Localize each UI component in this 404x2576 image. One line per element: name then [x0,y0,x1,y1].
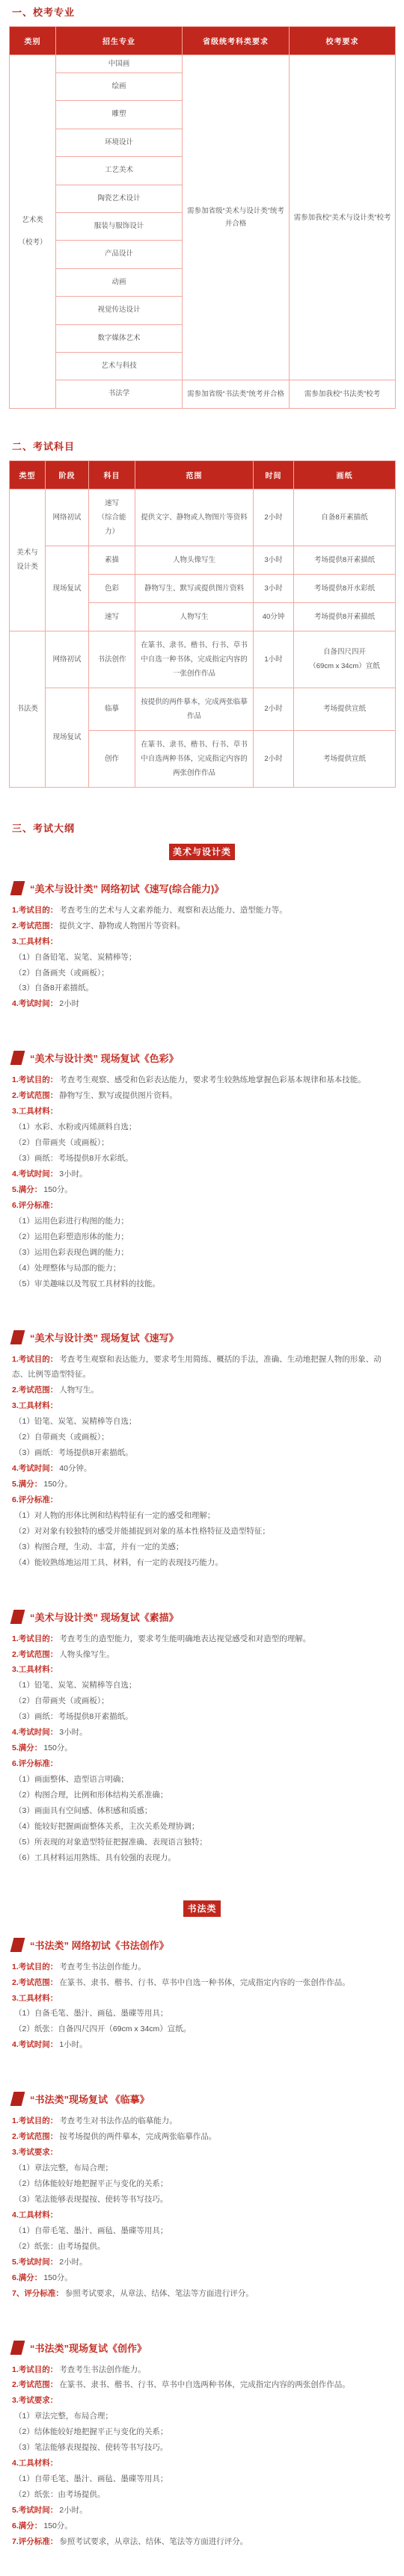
outline-item-text: （1）铅笔、炭笔、炭精棒等自选； [14,1681,136,1690]
outline-section-title: “书法类”现场复试《创作》 [30,2341,147,2355]
outline-item: （2）纸张：由考场提供。 [12,2240,395,2255]
table-cell: 现场复试 [46,688,89,787]
outline-section: “书法类”现场复试 《临摹》1.考试目的：考查考生对书法作品的临摹能力。2.考试… [9,2092,395,2301]
outline-item: 2.考试范围：在篆书、隶书、楷书、行书、草书中自选两种书体，完成指定内容的两张创… [12,2378,395,2393]
outline-item-text: （1）铅笔、炭笔、炭精棒等自选； [14,1417,136,1426]
outline-item-text: 参照考试要求，从章法、结体、笔法等方面进行评分。 [59,2537,248,2546]
outline-item-text: （1）自带毛笔、墨汁、画毡、墨碟等用具； [14,2226,168,2235]
outline-item-text: （3）画纸：考场提供8开素描纸。 [14,1712,133,1721]
outline-item-text: 150分。 [43,1185,73,1194]
outline-item-text: 静物写生、默写或提供图片资料。 [59,1091,177,1100]
table-cell: 书法类 [10,631,46,787]
table-cell: 考场提供8开素描纸 [294,602,396,631]
table-cell: 产品设计 [56,241,183,268]
outline-item: （2）对对象有较独特的感受并能捕捉到对象的基本性格特征及造型特征； [12,1525,395,1539]
section-title-majors: 一、校考专业 [12,4,395,19]
outline-item: （2）自带画夹（或画板）； [12,1694,395,1709]
section-title-outline: 三、考试大纲 [12,821,395,835]
outline-item: 1.考试目的：考查考生观察、感受和色彩表达能力，要求考生较熟练地掌握色彩基本规律… [12,1073,395,1088]
outline-item: （2）自带画夹（或画板）； [12,1430,395,1445]
table-cell: 动画 [56,268,183,296]
outline-item-label: 5.满分： [12,1743,42,1752]
table-cell: 按提供的两件摹本，完成两张临摹作品 [135,688,254,730]
outline-item-text: （3）自备8开素描纸。 [14,983,94,992]
outline-item: 7、评分标准：参照考试要求，从章法、结体、笔法等方面进行评分。 [12,2287,395,2302]
outline-item: 1.考试目的：考查考生观察和表达能力，要求考生用简练、概括的手法，准确、生动地把… [12,1353,395,1383]
outline-item: 4.考试时间：40分钟。 [12,1462,395,1477]
outline-item: （1）自带毛笔、墨汁、画毡、墨碟等用具； [12,2224,395,2239]
outline-item-text: （2）自带画夹（或画板）； [14,1433,109,1442]
table-cell: 需参加省级“美术与设计类”统考并合格 [183,55,290,380]
table-cell: 中国画 [56,55,183,73]
table-cell: 数字媒体艺术 [56,324,183,352]
flag-icon [10,2092,25,2106]
outline-item-text: 考查考生书法创作能力。 [59,2365,146,2374]
outline-item-label: 6.满分： [12,2521,42,2530]
outline-item-text: （2）纸张：由考场提供。 [14,2490,105,2499]
outline-item: 7.评分标准：参照考试要求，从章法、结体、笔法等方面进行评分。 [12,2535,395,2550]
outline-section-title: “美术与设计类” 现场复试《速写》 [30,1330,179,1344]
table-cell: 网络初试 [46,489,89,546]
outline-item-label: 4.考试时间： [12,1728,58,1737]
outline-item-label: 2.考试范围： [12,1386,58,1394]
outline-item: 2.考试范围：静物写生、默写或提供图片资料。 [12,1089,395,1104]
outline-item-text: （3）画面具有空间感、体积感和质感； [14,1806,152,1815]
outline-item: 5.满分：150分。 [12,1183,395,1198]
outline-item-text: 2小时。 [59,2506,87,2515]
outline-item: 5.满分：150分。 [12,1477,395,1492]
outline-item: （6）工具材料运用熟练、具有较强的表现力。 [12,1851,395,1866]
category-badge-row: 美术与设计类 [9,844,395,860]
column-header: 类型 [10,460,46,489]
outline-item-text: 150分。 [43,2273,73,2282]
table-cell: 环境设计 [56,129,183,156]
table-cell: 速写 （综合能力） [89,489,135,546]
table-cell: 陶瓷艺术设计 [56,185,183,212]
outline-item: （2）结体能较好地把握平正与变化的关系； [12,2425,395,2440]
outline-item: 4.考试时间：3小时。 [12,1726,395,1741]
table-cell: 2小时 [254,688,294,730]
outline-item: 5.满分：150分。 [12,1741,395,1756]
outline-item: （2）自带画夹（或画板）； [12,1136,395,1151]
table-cell: 人物头像写生 [135,546,254,574]
outline-item-text: （3）运用色彩表现色调的能力； [14,1248,129,1257]
table-cell: 3小时 [254,546,294,574]
outline-item: 3.工具材料： [12,935,395,950]
column-header: 类别 [10,27,56,55]
table-cell: 需参加省级“书法类”统考并合格 [183,380,290,408]
outline-item: （1）自备铅笔、炭笔、炭精棒等； [12,951,395,966]
majors-table: 类别招生专业省级统考科类要求校考要求艺术类 （校考）中国画需参加省级“美术与设计… [9,26,396,409]
outline-item-text: 在篆书、隶书、楷书、行书、草书中自选一种书体，完成指定内容的一张创作作品。 [59,1978,350,1987]
column-header: 招生专业 [56,27,183,55]
table-cell: 美术与 设计类 [10,489,46,631]
outline-item-text: 1小时。 [59,2040,87,2049]
outline-item-text: 人物头像写生。 [59,1650,114,1659]
header-row: 类型阶段科目范围时间画纸 [10,460,396,489]
table-cell: 2小时 [254,730,294,787]
outline-item-text: （5）所表现的对象造型特征把握准确、表现语言独特； [14,1838,207,1847]
outline-item-text: （1）章法完整，布局合理； [14,2163,113,2172]
table-cell: 临摹 [89,688,135,730]
outline-item: 2.考试范围：人物写生。 [12,1383,395,1398]
table-cell: 在篆书、隶书、楷书、行书、草书中自选一种书体，完成指定内容的一张创作作品 [135,631,254,688]
outline-item-label: 2.考试范围： [12,1650,58,1659]
header-row: 类别招生专业省级统考科类要求校考要求 [10,27,396,55]
outline-item-text: 150分。 [43,1743,73,1752]
table-cell: 素描 [89,546,135,574]
outline-item-text: （1）自备毛笔、墨汁、画毡、墨碟等用具； [14,2009,168,2018]
column-header: 范围 [135,460,254,489]
table-row: 现场复试素描人物头像写生3小时考场提供8开素描纸 [10,546,396,574]
table-cell: 3小时 [254,574,294,602]
outline-item: （3）画面具有空间感、体积感和质感； [12,1804,395,1819]
table-cell: 提供文字、静物或人物图片等资料 [135,489,254,546]
outline-item-text: 150分。 [43,1480,73,1489]
flag-icon [10,1330,25,1344]
outline-item: （1）铅笔、炭笔、炭精棒等自选； [12,1678,395,1693]
outline-item: （1）自备毛笔、墨汁、画毡、墨碟等用具； [12,2007,395,2021]
column-header: 省级统考科类要求 [183,27,290,55]
table-row: 美术与 设计类网络初试速写 （综合能力）提供文字、静物或人物图片等资料2小时自备… [10,489,396,546]
table-row: 书法类网络初试书法创作在篆书、隶书、楷书、行书、草书中自选一种书体，完成指定内容… [10,631,396,688]
outline-item-label: 4.工具材料： [12,2211,58,2220]
outline-item: 1.考试目的：考查考生的造型能力，要求考生能明确地表达视觉感受和对造型的理解。 [12,1632,395,1647]
outline-item: 3.工具材料： [12,1105,395,1119]
outline-item-text: （2）自带画夹（或画板）； [14,1138,109,1147]
outline-item-text: （1）自带毛笔、墨汁、画毡、墨碟等用具； [14,2474,168,2483]
outline-item-label: 6.评分标准： [12,1495,58,1504]
outline-item-text: （2）构图合理，比例和形体结构关系准确； [14,1791,168,1800]
outline-item-label: 3.工具材料： [12,1994,58,2003]
outline-item-text: 考查考生观察和表达能力，要求考生用简练、概括的手法，准确、生动地把握人物的形象、… [12,1355,382,1379]
outline-item-label: 4.考试时间： [12,1170,58,1179]
outline-item: （1）章法完整，布局合理； [12,2409,395,2424]
outline-item: 6.评分标准： [12,1493,395,1508]
outline-item-label: 5.考试时间： [12,2506,58,2515]
outline-item-label: 3.工具材料： [12,937,58,946]
outline-item-text: 2小时 [59,999,79,1008]
table-cell: 需参加我校“美术与设计类”校考 [290,55,396,380]
table-cell: 考场提供宣纸 [294,688,396,730]
flag-icon [10,881,25,895]
outline-item: 6.评分标准： [12,1199,395,1214]
outline-item-label: 6.评分标准： [12,1201,58,1210]
category-badge: 美术与设计类 [169,844,235,860]
outline-item: 4.考试时间：1小时。 [12,2038,395,2053]
outline-item: （3）笔法能够表现提按、使转等书写技巧。 [12,2193,395,2208]
outline-item: （3）自备8开素描纸。 [12,981,395,996]
outline-item-label: 3.考试要求： [12,2396,58,2405]
outline-item: （3）构图合理，生动、丰富，并有一定的美感； [12,1540,395,1555]
outline-item-label: 4.考试时间： [12,2040,58,2049]
table-cell: 考场提供8开素描纸 [294,546,396,574]
outline-item: （1）水彩、水粉或丙烯颜料自选； [12,1120,395,1135]
outline-item: （3）笔法能够表现提按、使转等书写技巧。 [12,2441,395,2456]
outline-section-title: “书法类” 网络初试《书法创作》 [30,1938,169,1952]
category-badge-row: 书法类 [9,1900,395,1917]
outline-item-text: （2）自备画夹（或画板）； [14,969,109,977]
table-cell: 书法学 [56,380,183,408]
outline-item-label: 1.考试目的： [12,1962,58,1971]
column-header: 画纸 [294,460,396,489]
outline-item-text: 考查考生观察、感受和色彩表达能力，要求考生较熟练地掌握色彩基本规律和基本技能。 [59,1075,366,1084]
outline-item-text: 人物写生。 [59,1386,99,1394]
outline-item: 6.满分：150分。 [12,2271,395,2286]
table-row: 艺术类 （校考）中国画需参加省级“美术与设计类”统考并合格需参加我校“美术与设计… [10,55,396,73]
table-cell: 在篆书、隶书、楷书、行书、草书中自选两种书体，完成指定内容的两张创作作品 [135,730,254,787]
outline-item-label: 2.考试范围： [12,921,58,930]
outline-item-text: （2）纸张：自备四尺四开（69cm x 34cm）宣纸。 [14,2024,191,2033]
outline-item: 4.工具材料： [12,2456,395,2471]
outline-item: 2.考试范围：提供文字、静物或人物图片等资料。 [12,919,395,934]
outline-item-text: （1）章法完整，布局合理； [14,2412,113,2421]
column-header: 阶段 [46,460,89,489]
outline-item: 1.考试目的：考查考生书法创作能力。 [12,1960,395,1975]
table-cell: 速写 [89,602,135,631]
subjects-table: 类型阶段科目范围时间画纸美术与 设计类网络初试速写 （综合能力）提供文字、静物或… [9,460,396,788]
outline-item: 3.工具材料： [12,1399,395,1414]
outline-item-label: 3.工具材料： [12,1665,58,1674]
outline-item-label: 2.考试范围： [12,2132,58,2141]
table-cell: 艺术与科技 [56,353,183,380]
table-cell: 视觉传达设计 [56,297,183,324]
outline-item: （1）对人物的形体比例和结构特征有一定的感受和理解； [12,1509,395,1524]
outline-item-label: 1.考试目的： [12,1355,58,1364]
outline-item-text: 考查考生书法创作能力。 [59,1962,146,1971]
outline-item-label: 4.考试时间： [12,1464,58,1473]
outline-item: 3.工具材料： [12,1992,395,2007]
outline-item-text: 按考场提供的两件摹本，完成两张临摹作品。 [59,2132,216,2141]
outline-item: （2）构图合理，比例和形体结构关系准确； [12,1788,395,1803]
flag-icon [10,1051,25,1065]
outline-item-text: （2）纸张：由考场提供。 [14,2242,105,2251]
outline-item-text: 2小时。 [59,2258,87,2267]
outline-section-title: “美术与设计类” 现场复试《色彩》 [30,1051,179,1065]
outline-item: （3）运用色彩表现色调的能力； [12,1246,395,1261]
flag-icon [10,1610,25,1624]
outline-item: （1）章法完整，布局合理； [12,2161,395,2176]
table-cell: 需参加我校“书法类”校考 [290,380,396,408]
outline-item-text: （1）自备铅笔、炭笔、炭精棒等； [14,953,136,962]
table-cell: 静物写生、默写或提供图片资料 [135,574,254,602]
outline-item-label: 7、评分标准： [12,2289,64,2298]
outline-section-title: “美术与设计类” 网络初试《速写(综合能力)》 [30,881,224,895]
table-cell: 40分钟 [254,602,294,631]
outline-item-text: （4）能较好把握画面整体关系，主次关系处理协调； [14,1822,199,1831]
table-cell: 考场提供宣纸 [294,730,396,787]
outline-item-label: 1.考试目的： [12,2116,58,2125]
outline-item: （2）自备画夹（或画板）； [12,966,395,981]
outline-item: （4）能较熟练地运用工具、材料，有一定的表现技巧能力。 [12,1556,395,1571]
outline-item-label: 6.满分： [12,2273,42,2282]
outline-item-text: （2）自带画夹（或画板）； [14,1696,109,1705]
table-cell: 现场复试 [46,546,89,631]
outline-item-text: （1）画面整体、造型语言明确； [14,1775,129,1784]
table-cell: 2小时 [254,489,294,546]
outline-item-text: 考查考生对书法作品的临摹能力。 [59,2116,177,2125]
outline-item: （5）所表现的对象造型特征把握准确、表现语言独特； [12,1835,395,1850]
outline-item: （2）纸张：由考场提供。 [12,2488,395,2503]
outline-item-label: 1.考试目的： [12,2365,58,2374]
outline-item-label: 1.考试目的： [12,906,58,915]
table-cell: 考场提供8开水彩纸 [294,574,396,602]
table-row: 现场复试临摹按提供的两件摹本，完成两张临摹作品2小时考场提供宣纸 [10,688,396,730]
outline-section: “美术与设计类” 网络初试《速写(综合能力)》1.考试目的：考查考生的艺术与人文… [9,881,395,1013]
outline-item-text: （4）处理整体与局部的能力； [14,1264,120,1273]
outline-section: “美术与设计类” 现场复试《速写》1.考试目的：考查考生观察和表达能力，要求考生… [9,1330,395,1570]
outline-item-text: 在篆书、隶书、楷书、行书、草书中自选两种书体，完成指定内容的两张创作作品。 [59,2380,350,2389]
outline-item-text: （3）笔法能够表现提按、使转等书写技巧。 [14,2195,168,2204]
outline-item-text: （1）运用色彩进行构图的能力； [14,1217,129,1226]
outline-item-label: 2.考试范围： [12,1978,58,1987]
outline-item-label: 1.考试目的： [12,1634,58,1643]
outline-item: （1）画面整体、造型语言明确； [12,1773,395,1788]
outline-item: （1）运用色彩进行构图的能力； [12,1214,395,1229]
outline-item-text: （2）对对象有较独特的感受并能捕捉到对象的基本性格特征及造型特征； [14,1527,270,1536]
outline-item: 1.考试目的：考查考生对书法作品的临摹能力。 [12,2114,395,2129]
table-cell: 1小时 [254,631,294,688]
outline-item: （3）画纸：考场提供8开素描纸。 [12,1710,395,1725]
outline-item-label: 6.评分标准： [12,1759,58,1768]
outline-item-text: （2）结体能较好地把握平正与变化的关系； [14,2427,168,2436]
table-cell: 服装与服饰设计 [56,213,183,241]
outline-item: 4.考试时间：2小时 [12,997,395,1012]
article-page: 一、校考专业 类别招生专业省级统考科类要求校考要求艺术类 （校考）中国画需参加省… [0,0,404,2576]
outline-item: （2）运用色彩塑造形体的能力； [12,1230,395,1245]
subjects-table-wrap: 类型阶段科目范围时间画纸美术与 设计类网络初试速写 （综合能力）提供文字、静物或… [9,460,395,788]
column-header: 科目 [89,460,135,489]
outline-item: （4）处理整体与局部的能力； [12,1261,395,1276]
outline-item: 6.评分标准： [12,1757,395,1772]
majors-table-wrap: 类别招生专业省级统考科类要求校考要求艺术类 （校考）中国画需参加省级“美术与设计… [9,26,395,409]
flag-icon [10,1938,25,1952]
flag-icon [10,2341,25,2355]
outline-item: 5.考试时间：2小时。 [12,2255,395,2270]
outline-item-text: 3小时。 [59,1728,87,1737]
outline-section: “书法类”现场复试《创作》1.考试目的：考查考生书法创作能力。2.考试范围：在篆… [9,2341,395,2550]
outline-item: （4）能较好把握画面整体关系，主次关系处理协调； [12,1820,395,1835]
outline-item: （5）审美趣味以及驾驭工具材料的技能。 [12,1277,395,1292]
outline-item-text: 40分钟。 [59,1464,91,1473]
table-cell: 自备四尺四开 （69cm x 34cm）宣纸 [294,631,396,688]
table-cell: 人物写生 [135,602,254,631]
outline-item-text: 考查考生的造型能力，要求考生能明确地表达视觉感受和对造型的理解。 [59,1634,310,1643]
outline-item-text: （3）构图合理，生动、丰富，并有一定的美感； [14,1542,183,1551]
outline-item-text: （3）画纸：考场提供8开水彩纸。 [14,1154,133,1163]
outline-item-text: 提供文字、静物或人物图片等资料。 [59,921,185,930]
outline-item: 4.考试时间：3小时。 [12,1167,395,1182]
outline-section-title: “书法类”现场复试 《临摹》 [30,2092,150,2106]
table-row: 书法学需参加省级“书法类”统考并合格需参加我校“书法类”校考 [10,380,396,408]
table-cell: 雕塑 [56,101,183,129]
outline-section-title: “美术与设计类” 现场复试《素描》 [30,1610,179,1624]
outline-item-label: 7.评分标准： [12,2537,58,2546]
outline-item: （1）铅笔、炭笔、炭精棒等自选； [12,1415,395,1430]
outline-section: “书法类” 网络初试《书法创作》1.考试目的：考查考生书法创作能力。2.考试范围… [9,1938,395,2054]
section-title-subjects: 二、考试科目 [12,439,395,453]
outline-item-label: 1.考试目的： [12,1075,58,1084]
outline-item-text: （4）能较熟练地运用工具、材料，有一定的表现技巧能力。 [14,1558,223,1567]
outline-item: 1.考试目的：考查考生书法创作能力。 [12,2363,395,2378]
outline-item-text: （3）笔法能够表现提按、使转等书写技巧。 [14,2443,168,2452]
table-cell: 工艺美术 [56,157,183,185]
outline-item: 2.考试范围：在篆书、隶书、楷书、行书、草书中自选一种书体，完成指定内容的一张创… [12,1976,395,1991]
table-cell: 色彩 [89,574,135,602]
outline-item-label: 5.满分： [12,1480,42,1489]
outline-item-label: 3.工具材料： [12,1107,58,1116]
outline-item: 6.满分：150分。 [12,2519,395,2534]
outline-item-text: （5）审美趣味以及驾驭工具材料的技能。 [14,1279,160,1288]
outline-item-label: 5.满分： [12,1185,42,1194]
column-header: 校考要求 [290,27,396,55]
outline-item: 2.考试范围：人物头像写生。 [12,1648,395,1663]
outline-item: （3）画纸：考场提供8开素描纸。 [12,1446,395,1461]
outline-item-label: 2.考试范围： [12,1091,58,1100]
table-cell: 网络初试 [46,631,89,688]
outline-item-label: 5.考试时间： [12,2258,58,2267]
outline-item-label: 4.工具材料： [12,2459,58,2468]
outline-item-text: （6）工具材料运用熟练、具有较强的表现力。 [14,1853,176,1862]
outline-item-text: （2）运用色彩塑造形体的能力； [14,1232,129,1241]
column-header: 时间 [254,460,294,489]
outline-item: 3.考试要求： [12,2146,395,2160]
outline-item: 5.考试时间：2小时。 [12,2504,395,2518]
category-badge: 书法类 [183,1900,220,1917]
outline-item-label: 2.考试范围： [12,2380,58,2389]
outline-item: 1.考试目的：考查考生的艺术与人文素养能力、观察和表达能力、造型能力等。 [12,904,395,918]
outline-item-text: （1）对人物的形体比例和结构特征有一定的感受和理解； [14,1511,215,1520]
outline-item: （2）纸张：自备四尺四开（69cm x 34cm）宣纸。 [12,2022,395,2037]
outline-item-label: 3.考试要求： [12,2148,58,2157]
outline-item: （2）结体能较好地把握平正与变化的关系； [12,2177,395,2192]
outline-section: “美术与设计类” 现场复试《色彩》1.考试目的：考查考生观察、感受和色彩表达能力… [9,1051,395,1291]
outline-item: （3）画纸：考场提供8开水彩纸。 [12,1152,395,1167]
outline-item: （1）自带毛笔、墨汁、画毡、墨碟等用具； [12,2472,395,2487]
outline-item-label: 4.考试时间： [12,999,58,1008]
outline-item-text: 考查考生的艺术与人文素养能力、观察和表达能力、造型能力等。 [59,906,287,915]
table-cell: 自备8开素描纸 [294,489,396,546]
outline-item: 3.考试要求： [12,2394,395,2409]
outline-section: “美术与设计类” 现场复试《素描》1.考试目的：考查考生的造型能力，要求考生能明… [9,1610,395,1866]
table-cell: 创作 [89,730,135,787]
outline-item: 4.工具材料： [12,2208,395,2223]
outline-item-text: 3小时。 [59,1170,87,1179]
table-cell: 艺术类 （校考） [10,55,56,409]
outline-item-label: 3.工具材料： [12,1401,58,1410]
table-cell: 绘画 [56,73,183,101]
outline-container: 美术与设计类“美术与设计类” 网络初试《速写(综合能力)》1.考试目的：考查考生… [9,844,395,2550]
table-cell: 书法创作 [89,631,135,688]
outline-item-text: 150分。 [43,2521,73,2530]
outline-item-text: （3）画纸：考场提供8开素描纸。 [14,1448,133,1457]
outline-item: 3.工具材料： [12,1663,395,1678]
outline-item: 2.考试范围：按考场提供的两件摹本，完成两张临摹作品。 [12,2130,395,2145]
outline-item-text: （2）结体能较好地把握平正与变化的关系； [14,2179,168,2188]
outline-item-text: 参照考试要求，从章法、结体、笔法等方面进行评分。 [65,2289,254,2298]
outline-item-text: （1）水彩、水粉或丙烯颜料自选； [14,1122,136,1131]
